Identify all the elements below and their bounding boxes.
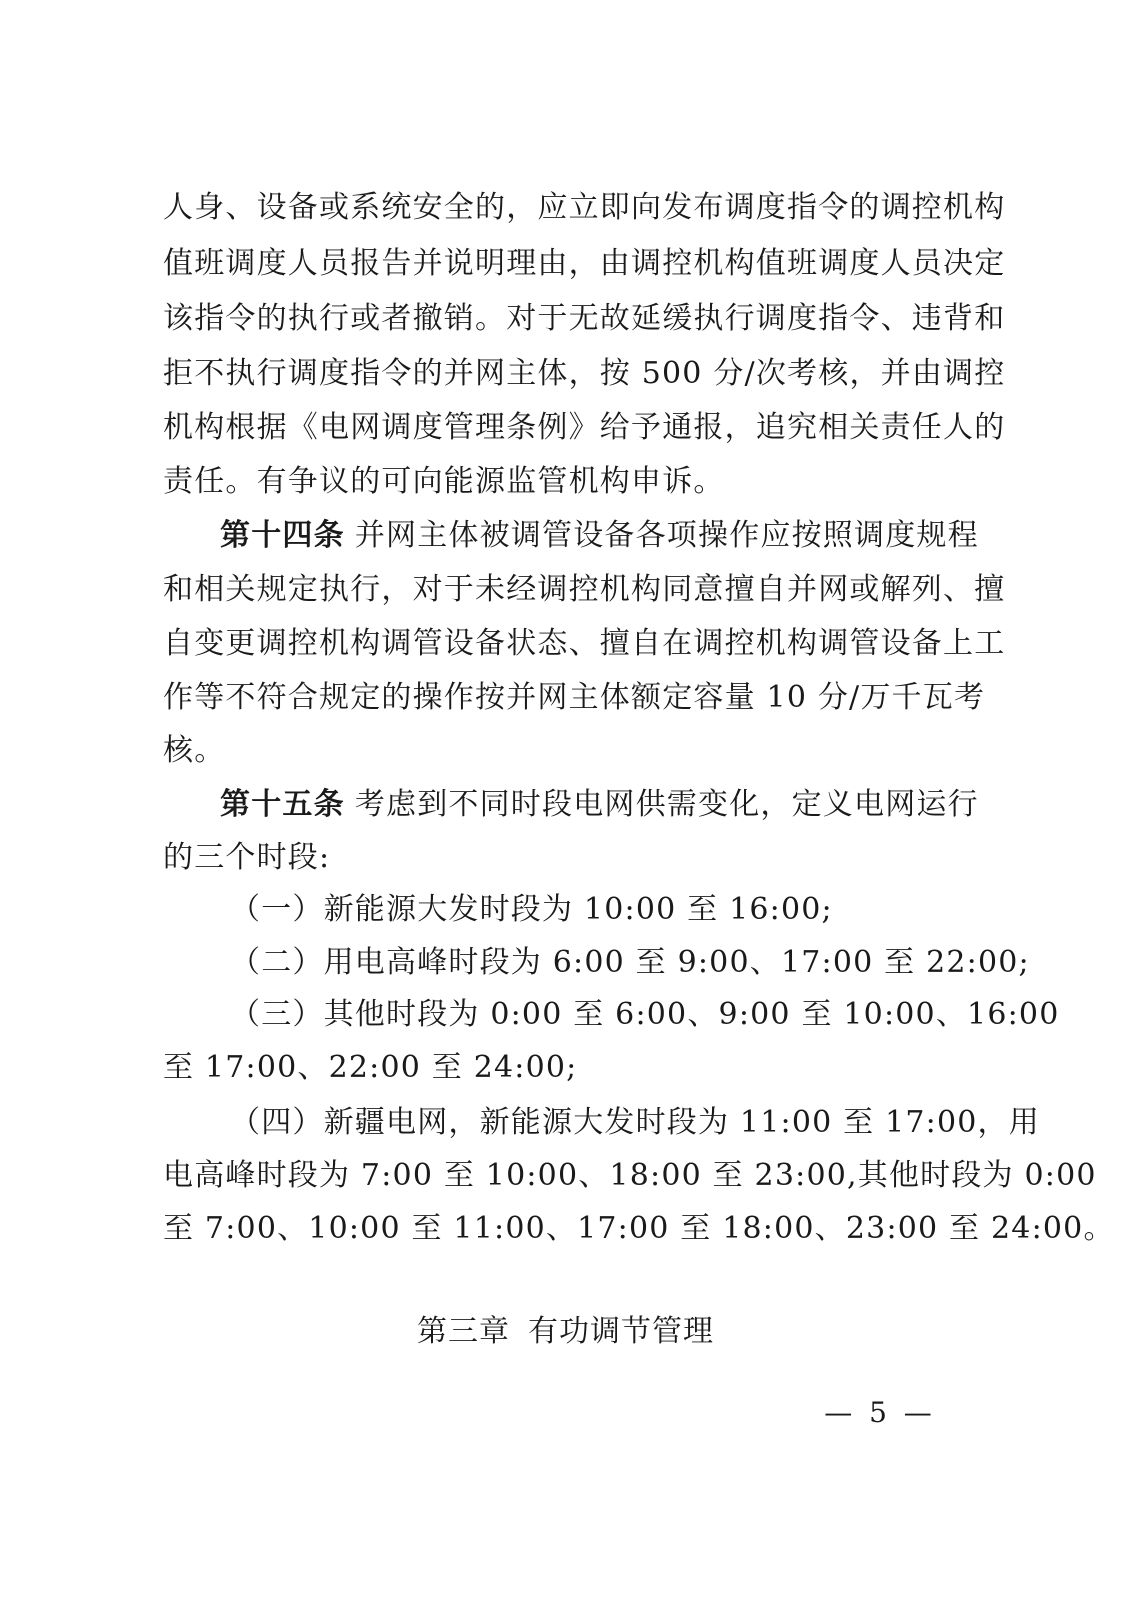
article-first-line: 第十四条并网主体被调管设备各项操作应按照调度规程 xyxy=(220,516,955,556)
text-line: 值班调度人员报告并说明理由，由调控机构值班调度人员决定 xyxy=(163,244,955,284)
list-item: （二）用电高峰时段为 6:00 至 9:00、17:00 至 22:00; xyxy=(230,943,955,983)
article-first-line: 第十五条考虑到不同时段电网供需变化，定义电网运行 xyxy=(220,785,955,825)
chapter-heading: 第三章有功调节管理 xyxy=(0,1312,1131,1352)
chapter-title: 有功调节管理 xyxy=(528,1314,714,1349)
text-line: 责任。有争议的可向能源监管机构申诉。 xyxy=(163,462,955,502)
text-line: 核。 xyxy=(163,731,955,771)
list-item-continuation: 至 17:00、22:00 至 24:00; xyxy=(163,1048,955,1088)
chapter-number: 第三章 xyxy=(417,1314,510,1349)
list-item-continuation: 至 7:00、10:00 至 11:00、17:00 至 18:00、23:00… xyxy=(163,1209,955,1249)
list-item: （四）新疆电网，新能源大发时段为 11:00 至 17:00，用 xyxy=(230,1103,955,1143)
text-span: 并网主体被调管设备各项操作应按照调度规程 xyxy=(355,518,979,553)
article-heading: 第十五条 xyxy=(220,787,345,822)
text-line: 自变更调控机构调管设备状态、擅自在调控机构调管设备上工 xyxy=(163,624,955,664)
list-item-continuation: 电高峰时段为 7:00 至 10:00、18:00 至 23:00,其他时段为 … xyxy=(163,1156,955,1196)
text-line: 作等不符合规定的操作按并网主体额定容量 10 分/万千瓦考 xyxy=(163,678,955,718)
text-line: 该指令的执行或者撤销。对于无故延缓执行调度指令、违背和 xyxy=(163,299,955,339)
document-page: 人身、设备或系统安全的，应立即向发布调度指令的调控机构 值班调度人员报告并说明理… xyxy=(0,0,1131,1600)
text-line: 人身、设备或系统安全的，应立即向发布调度指令的调控机构 xyxy=(163,188,955,228)
text-span: 考虑到不同时段电网供需变化，定义电网运行 xyxy=(355,787,979,822)
article-heading: 第十四条 xyxy=(220,518,345,553)
text-line: 和相关规定执行，对于未经调控机构同意擅自并网或解列、擅 xyxy=(163,570,955,610)
list-item: （一）新能源大发时段为 10:00 至 16:00; xyxy=(230,890,955,930)
page-number: — 5 — xyxy=(820,1393,940,1433)
text-line: 的三个时段: xyxy=(163,838,955,878)
text-line: 机构根据《电网调度管理条例》给予通报，追究相关责任人的 xyxy=(163,408,955,448)
list-item: （三）其他时段为 0:00 至 6:00、9:00 至 10:00、16:00 xyxy=(230,995,955,1035)
text-line: 拒不执行调度指令的并网主体，按 500 分/次考核，并由调控 xyxy=(163,354,955,394)
